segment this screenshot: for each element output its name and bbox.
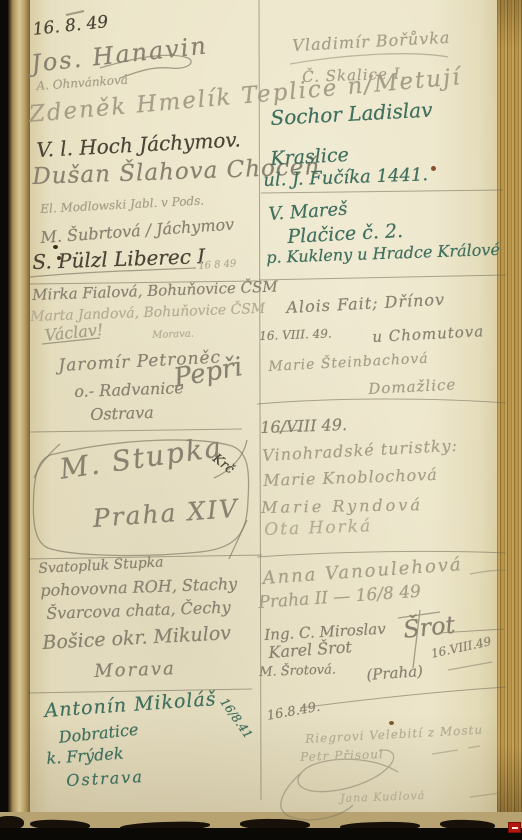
- guest-name-city: S. Pülzl Liberec I: [32, 246, 205, 272]
- guest-region: Morava: [94, 660, 176, 681]
- guest-name: M. Šrotová.: [259, 663, 336, 679]
- guest-address: o.- Radvanice: [74, 380, 184, 400]
- guest-city: Č. Skalice I.: [302, 66, 407, 85]
- guest-city: Ostrava: [66, 769, 144, 789]
- gilded-page-edges: [497, 0, 522, 828]
- scan-red-marker: [508, 822, 521, 833]
- guest-city: Kraslice: [270, 146, 349, 169]
- scan-border-bottom: [0, 828, 522, 840]
- stain-speck: [389, 721, 394, 725]
- guest-name: Jana Kudlová: [340, 790, 425, 804]
- guest-city: (Praha): [366, 664, 423, 683]
- guest-city: Domažlice: [368, 377, 457, 397]
- scan-border-left: [0, 0, 8, 840]
- scan-red-marker-dash: [512, 827, 518, 829]
- guestbook-scan: 16. 8. 49 Jos. Hanavin A. Ohnvánková Zde…: [0, 0, 522, 840]
- guest-name: Marie Ryndová: [261, 497, 423, 516]
- stain-speck: [431, 166, 436, 171]
- guest-name: Ota Horká: [264, 518, 372, 539]
- guest-city: Ostrava: [90, 405, 154, 423]
- entry-date: 16/VIII 49.: [260, 417, 347, 436]
- guest-region: Morava.: [152, 330, 194, 341]
- guest-name: Petr Přisoul: [300, 748, 384, 763]
- entry-date: 16. VIII. 49.: [259, 327, 332, 342]
- book-gutter: [8, 0, 30, 828]
- signature: Šrot: [402, 613, 456, 642]
